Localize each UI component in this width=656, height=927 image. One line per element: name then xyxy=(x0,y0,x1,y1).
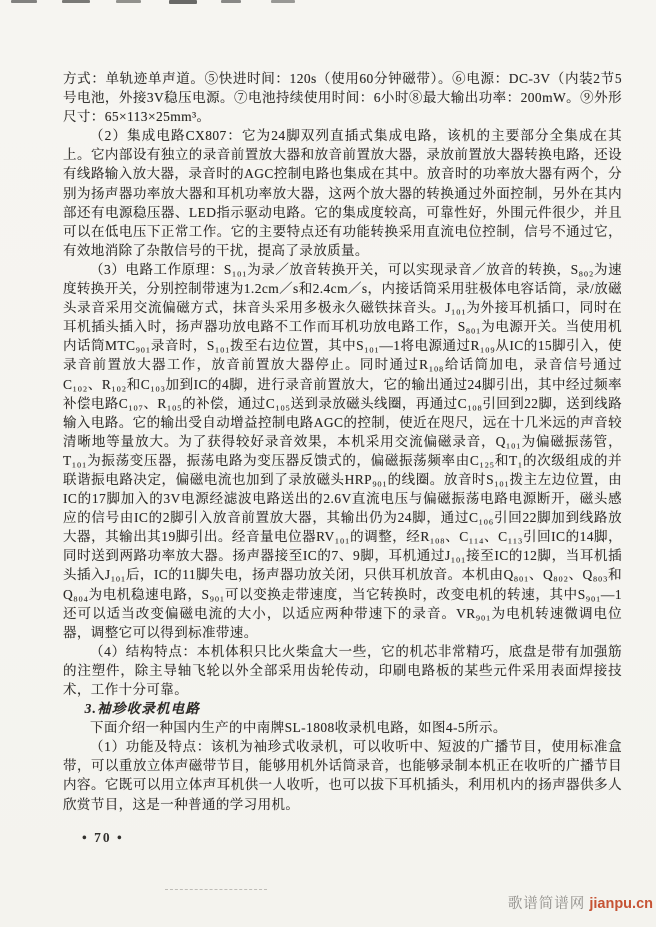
scan-artifact-dash xyxy=(116,0,141,3)
watermark-site-url: jianpu.cn xyxy=(589,896,653,912)
section-heading-pocket-radio-recorder: 3.袖珍收录机电路 xyxy=(63,699,622,718)
watermark-site-name: 歌谱简谱网 xyxy=(508,896,586,912)
scan-artifact-dash xyxy=(221,0,241,3)
scan-artifact-line xyxy=(165,889,267,890)
paragraph-item-4-structure-features: （4）结构特点：本机体积只比火柴盒大一些，它的机芯非常精巧，底盘是带有加强筋的注… xyxy=(63,642,622,699)
paragraph-specs-continuation: 方式：单轨迹单声道。⑤快进时间：120s（使用60分钟磁带）。⑥电源：DC-3V… xyxy=(63,69,622,126)
scanned-book-page: 方式：单轨迹单声道。⑤快进时间：120s（使用60分钟磁带）。⑥电源：DC-3V… xyxy=(0,0,656,927)
paragraph-item-3-circuit-principle: （3）电路工作原理：S₁₀₁为录／放音转换开关，可以实现录音／放音的转换，S₈₀… xyxy=(63,260,622,642)
page-text-block: 方式：单轨迹单声道。⑤快进时间：120s（使用60分钟磁带）。⑥电源：DC-3V… xyxy=(63,69,622,814)
page-number: • 70 • xyxy=(82,830,124,846)
paragraph-item-2-integrated-circuit: （2）集成电路CX807：它为24脚双列直插式集成电路，该机的主要部分全集成在其… xyxy=(63,126,622,260)
scan-artifact-dash xyxy=(62,0,90,3)
scan-artifact-dash xyxy=(271,0,295,3)
paragraph-item-1-functions-features: （1）功能及特点：该机为袖珍式收录机，可以收听中、短波的广播节目，使用标准盒带，… xyxy=(63,737,622,813)
scan-artifact-dash xyxy=(169,0,197,4)
scan-artifact-dash xyxy=(11,0,37,3)
paragraph-section-3-intro: 下面介绍一种国内生产的中南牌SL-1808收录机电路，如图4-5所示。 xyxy=(63,718,622,737)
watermark: 歌谱简谱网 jianpu.cn xyxy=(508,892,653,913)
